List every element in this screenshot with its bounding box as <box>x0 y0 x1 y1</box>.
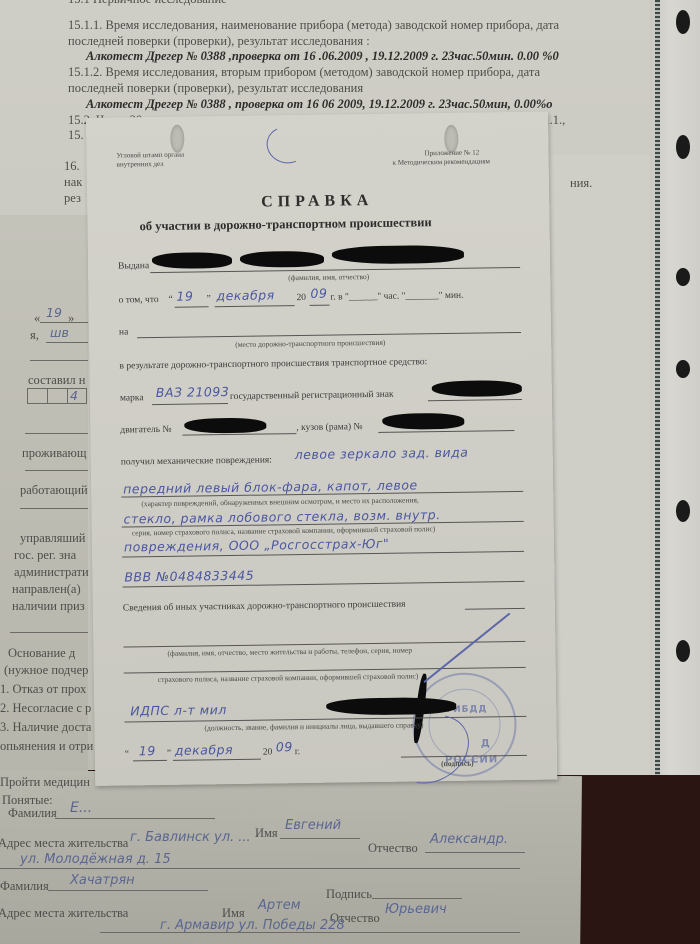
witness1-address-value: г. Бавлинск ул. ... <box>130 830 251 846</box>
bg-underline <box>25 433 88 434</box>
witness2-name-value: Артем <box>258 898 301 914</box>
punch-hole-icon <box>170 125 184 153</box>
vehicle-intro: в результате дорожно-транспортного проис… <box>119 357 427 371</box>
sleeve-perforation <box>655 0 660 775</box>
month-line <box>215 305 295 307</box>
bg-breathalyzer-result-2: Алкотест Дрегер № 0388 , проверка от 16 … <box>86 96 553 112</box>
sign-year-prefix: 20 <box>263 747 273 757</box>
insurance-policy-number: ВВВ №0484833445 <box>124 568 254 585</box>
engine-line <box>182 433 296 436</box>
plate-line <box>428 399 522 401</box>
body-line <box>378 430 514 433</box>
bg-text-fragment: опьянения и отри <box>0 738 93 754</box>
bg-text-fragment: 2. Несогласие с р <box>0 700 91 716</box>
damage-label: получил механические повреждения: <box>121 455 272 467</box>
witness1-name-value: Евгений <box>285 818 341 834</box>
witness1-surname-value: Е... <box>70 800 92 816</box>
bg-underline <box>0 868 520 869</box>
plate-label: государственный регистрационный знак <box>230 390 394 402</box>
bg-quote-open: « <box>34 310 40 326</box>
sign-year: 09 <box>276 739 293 754</box>
bg-text-fragment: гос. рег. зна <box>14 547 76 563</box>
bg-text-line: 15.1 Первичное исследование <box>68 0 227 7</box>
bg-handwritten-day: 19 <box>46 305 62 321</box>
bg-text-fragment: рез <box>64 190 81 206</box>
witness1-surname-label: Фамилия <box>8 805 57 821</box>
witness2-surname-value: Хачатрян <box>70 873 135 889</box>
witness1-address-label: Адрес места жительства <box>0 835 128 851</box>
redacted-engine-number <box>184 418 266 434</box>
pen-scribble <box>262 122 312 169</box>
bg-underline <box>10 632 88 633</box>
damage-line-1: левое зеркало зад. вида <box>295 445 469 462</box>
bg-text-fragment: работающий <box>20 482 88 498</box>
bg-underline <box>40 322 88 323</box>
bg-text-line: 15.1.1. Время исследования, наименование… <box>68 17 559 33</box>
seal-text-d: Д <box>481 738 491 749</box>
witness2-patronymic-value: Юрьевич <box>385 902 447 918</box>
body-label: , кузов (рама) № <box>296 422 362 433</box>
other-participants-label: Сведения об иных участниках дорожно-тран… <box>123 600 406 614</box>
bg-text-fragment: наличии приз <box>12 598 85 614</box>
date-prefix: о том, что <box>118 295 158 306</box>
redacted-surname <box>152 252 232 269</box>
place-line <box>137 332 521 338</box>
bg-text-fragment: Основание д <box>8 645 75 661</box>
make-line <box>152 403 228 405</box>
bg-quote-close: » <box>68 310 74 326</box>
bg-underline <box>46 342 88 343</box>
background-paper-strip <box>540 155 650 775</box>
bg-underline <box>20 508 88 509</box>
sign-day: 19 <box>139 743 156 758</box>
place-label: на <box>119 327 128 337</box>
bg-text-fragment: Пройти медицин <box>0 774 90 790</box>
officer-position: ИДПС л-т мил <box>130 702 227 718</box>
place-caption: (место дорожно-транспортного происшестви… <box>235 338 385 349</box>
bg-checkbox-grid <box>27 388 87 404</box>
quote-mark: ” <box>167 749 171 759</box>
appendix-label-2: к Методическим рекомендациям <box>393 157 490 167</box>
quote-mark: “ <box>168 295 172 305</box>
bg-underline <box>425 852 525 853</box>
redacted-patronymic <box>332 245 464 265</box>
damage-line-4: повреждения, ООО „Росгосстрах-Юг" <box>124 536 389 555</box>
quote-mark: “ <box>125 749 129 759</box>
bg-text-fragment: 1. Отказ от прох <box>0 681 86 697</box>
issued-to-caption: (фамилия, имя, отчество) <box>288 272 369 282</box>
bg-text-fragment: 3. Наличие доста <box>0 719 91 735</box>
damage-caption-1: (характер повреждений, обнаруженных внеш… <box>141 495 419 508</box>
bg-text-line: последней поверки (проверки), результат … <box>68 80 363 96</box>
other-participants-line <box>465 608 525 610</box>
bg-underline <box>55 818 215 819</box>
witness2-address-label: Адрес места жительства <box>0 905 128 921</box>
bg-text-fragment: я, <box>30 327 39 343</box>
binder-hole-icon <box>676 360 690 378</box>
witness1-address-value-2: ул. Молодёжная д. 15 <box>20 852 171 868</box>
quote-mark: ” <box>206 294 210 304</box>
bg-underline <box>100 932 520 933</box>
bg-underline <box>25 470 88 471</box>
witness1-patronymic-value: Александр. <box>430 832 508 848</box>
binder-hole-icon <box>676 640 690 662</box>
corner-stamp-label-2: внутренних дел <box>117 160 164 170</box>
engine-label: двигатель № <box>120 425 171 436</box>
witness2-signature-label: Подпись <box>326 886 372 902</box>
document-title: СПРАВКА <box>261 192 373 212</box>
year-prefix: 20 <box>296 293 306 303</box>
day-line <box>175 306 209 307</box>
binder-hole-icon <box>676 268 690 286</box>
bg-text-fragment: нак <box>64 174 82 190</box>
witness1-patronymic-label: Отчество <box>368 840 418 856</box>
bg-text-fragment: управляший <box>20 530 85 546</box>
bg-text-line: 15.1.2. Время исследования, вторым прибо… <box>68 64 540 80</box>
redacted-officer-name <box>326 697 456 716</box>
witness2-surname-label: Фамилия <box>0 878 49 894</box>
binder-hole-icon <box>676 135 690 159</box>
bg-text-line: 15. <box>68 127 84 143</box>
make-label: марка <box>120 393 144 403</box>
sign-month-line <box>173 759 261 761</box>
incident-year: 09 <box>310 286 327 301</box>
incident-month: декабря <box>216 287 274 303</box>
bg-text-line: последней поверки (проверки), результат … <box>68 33 370 49</box>
sign-month: декабря <box>175 742 233 758</box>
binder-hole-icon <box>676 500 690 522</box>
time-fields: г. в "______" час. "_______" мин. <box>330 291 463 303</box>
witness1-name-label: Имя <box>255 825 278 841</box>
binder-hole-icon <box>676 10 690 34</box>
bg-underline <box>48 890 208 891</box>
redacted-body-number <box>382 413 464 430</box>
issued-to-label: Выдана <box>118 261 149 271</box>
bg-text-fragment: направлен(а) <box>12 581 81 597</box>
bg-text-fragment: ния. <box>570 175 592 191</box>
bg-text-fragment: (нужное подчер <box>4 662 88 678</box>
officer-caption: (должность, звание, фамилия и инициалы л… <box>204 720 423 732</box>
sign-day-line <box>133 760 167 761</box>
bg-underline <box>30 360 88 361</box>
year-line <box>310 305 330 306</box>
document-subtitle: об участии в дорожно-транспортном происш… <box>139 215 431 234</box>
bg-item-16: 16. <box>64 158 80 174</box>
redacted-plate <box>432 380 522 397</box>
bg-handwritten-name: шв <box>50 325 69 341</box>
corner-stamp-label-1: Угловой штамп органа <box>116 151 184 161</box>
redacted-name <box>240 251 324 268</box>
bg-text-fragment: составил н <box>28 372 85 388</box>
incident-day: 19 <box>176 289 193 304</box>
sign-year-end: г. <box>295 747 300 757</box>
accident-certificate: Угловой штамп органа внутренних дел Прил… <box>86 112 557 786</box>
other-participants-caption-1: (фамилия, имя, отчество, место жительств… <box>167 645 412 657</box>
vehicle-make: ВАЗ 21093 <box>156 384 230 400</box>
bg-text-fragment: проживающ <box>22 445 86 461</box>
bg-underline <box>372 898 462 899</box>
bg-underline <box>280 838 360 839</box>
other-participants-caption-2: страхового полиса, название страховой ко… <box>158 671 419 684</box>
bg-breathalyzer-result-1: Алкотест Дрегер № 0388 ,проверка от 16 .… <box>86 48 559 64</box>
bg-text-fragment: администрати <box>14 564 89 580</box>
bg-handwritten-digit: 4 <box>70 388 78 404</box>
